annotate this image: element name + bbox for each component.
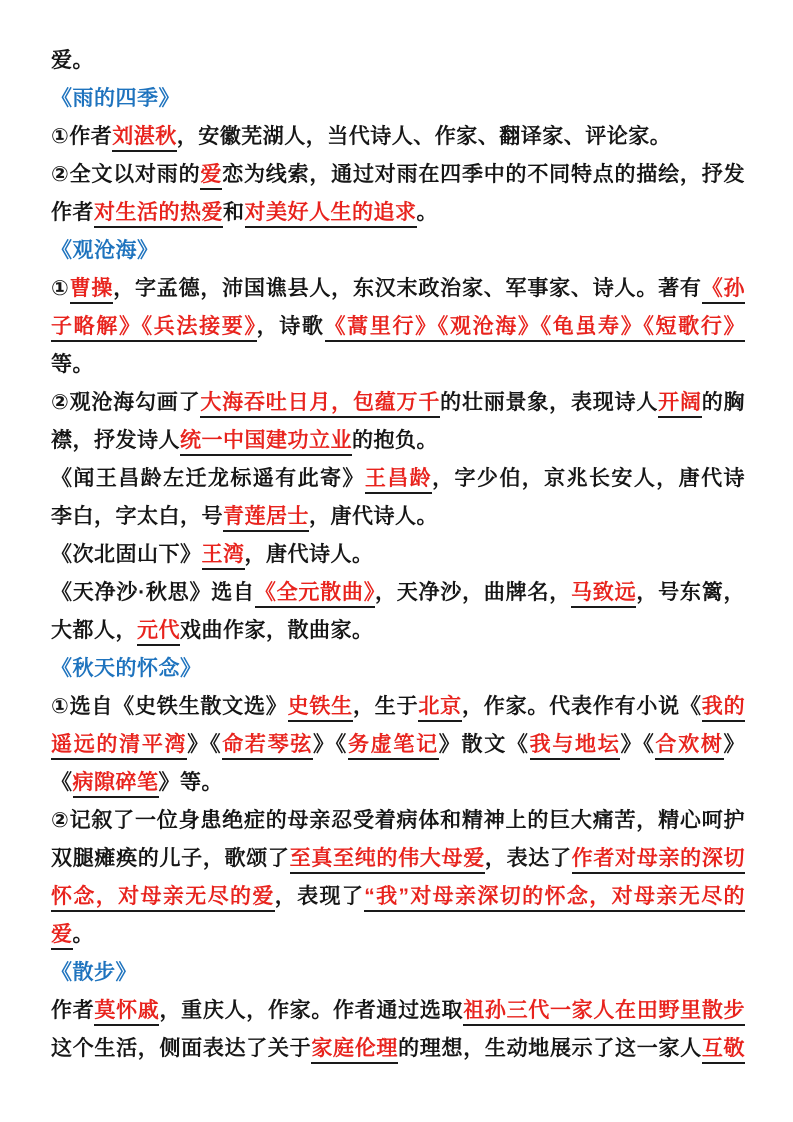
document-page: 爱。《雨的四季》①作者刘湛秋，安徽芜湖人，当代诗人、作家、翻译家、评论家。②全文… [0, 0, 793, 1122]
highlight-run: 至真至纯的伟大母爱 [290, 847, 485, 874]
text-line: 子略解》《兵法接要》，诗歌《蒿里行》《观沧海》《龟虽寿》《短歌行》 [51, 308, 745, 346]
highlight-run: “我”对母亲深切的怀念，对母亲无尽的 [364, 885, 745, 912]
text-run: ① [51, 277, 70, 300]
highlight-run: 命若琴弦 [222, 733, 313, 760]
highlight-run: 开阔 [658, 391, 702, 418]
text-run: 襟，抒发诗人 [51, 429, 180, 452]
text-run: 的抱负。 [352, 429, 438, 452]
text-line: ①曹操，字孟德，沛国谯县人，东汉末政治家、军事家、诗人。著有《孙 [51, 270, 745, 308]
highlight-run: 青莲居士 [223, 505, 309, 532]
text-run: 和 [223, 201, 245, 224]
text-run: 《天净沙·秋思》选自 [51, 581, 255, 604]
highlight-run: 北京 [418, 695, 462, 722]
text-run: 大都人， [51, 619, 137, 642]
highlight-run: 遥远的清平湾 [51, 733, 187, 760]
highlight-run: 爱 [51, 923, 73, 950]
heading-text: 《散步》 [51, 961, 137, 984]
text-run: ，表达了 [485, 847, 572, 870]
text-line: ①选自《史铁生散文选》史铁生，生于北京，作家。代表作有小说《我的 [51, 688, 745, 726]
text-run: 的胸 [702, 391, 745, 414]
document-content: 爱。《雨的四季》①作者刘湛秋，安徽芜湖人，当代诗人、作家、翻译家、评论家。②全文… [51, 42, 745, 1068]
highlight-run: 务虚笔记 [348, 733, 439, 760]
highlight-run: 刘湛秋 [112, 125, 177, 152]
text-line: 爱。 [51, 42, 745, 80]
highlight-run: 马致远 [571, 581, 636, 608]
text-run: 《次北固山下》 [51, 543, 202, 566]
text-run: ，天净沙，曲牌名， [375, 581, 571, 604]
highlight-run: 《孙 [702, 277, 745, 304]
highlight-run: 史铁生 [288, 695, 353, 722]
text-run: ，唐代诗人。 [245, 543, 374, 566]
highlight-run: 子略解》《兵法接要》 [51, 315, 257, 342]
text-run: 等。 [51, 353, 94, 376]
text-run: 李白，字太白，号 [51, 505, 223, 528]
text-run: ，号东篱， [636, 581, 745, 604]
highlight-run: 我的 [702, 695, 745, 722]
text-line: 襟，抒发诗人统一中国建功立业的抱负。 [51, 422, 745, 460]
text-run: 》《 [620, 733, 655, 756]
text-line: 这个生活，侧面表达了关于家庭伦理的理想，生动地展示了这一家人互敬 [51, 1030, 745, 1068]
section-heading: 《秋天的怀念》 [51, 650, 745, 688]
highlight-run: 爱 [200, 163, 222, 190]
text-line: 《闻王昌龄左迁龙标遥有此寄》王昌龄，字少伯，京兆长安人，唐代诗人。 [51, 460, 745, 498]
text-run: ，安徽芜湖人，当代诗人、作家、翻译家、评论家。 [177, 125, 672, 148]
highlight-run: 祖孙三代一家人在田野里散步 [463, 999, 745, 1026]
text-run: 《 [51, 771, 73, 794]
text-run: 恋为线索，通过对雨在四季中的不同特点的描绘，抒发 [222, 163, 745, 186]
text-run: ，字孟德，沛国谯县人，东汉末政治家、军事家、诗人。著有 [113, 277, 702, 300]
text-line: 等。 [51, 346, 745, 384]
text-line: 《病隙碎笔》等。 [51, 764, 745, 802]
text-run: ②全文以对雨的 [51, 163, 200, 186]
text-line: 双腿瘫痪的儿子，歌颂了至真至纯的伟大母爱，表达了作者对母亲的深切 [51, 840, 745, 878]
text-run: 。 [417, 201, 439, 224]
text-run: 。 [73, 923, 95, 946]
text-run: ②观沧海勾画了 [51, 391, 200, 414]
highlight-run: 互敬 [702, 1037, 745, 1064]
text-run: ①作者 [51, 125, 112, 148]
text-run: 双腿瘫痪的儿子，歌颂了 [51, 847, 290, 870]
heading-text: 《秋天的怀念》 [51, 657, 202, 680]
highlight-run: 家庭伦理 [311, 1037, 398, 1064]
text-run: 爱。 [51, 49, 94, 72]
text-line: 李白，字太白，号青莲居士，唐代诗人。 [51, 498, 745, 536]
text-line: ②记叙了一位身患绝症的母亲忍受着病体和精神上的巨大痛苦，精心呵护 [51, 802, 745, 840]
highlight-run: 曹操 [70, 277, 114, 304]
text-run: 》等。 [159, 771, 224, 794]
highlight-run: 《全元散曲》 [255, 581, 375, 608]
text-run: 的理想，生动地展示了这一家人 [398, 1037, 702, 1060]
section-heading: 《观沧海》 [51, 232, 745, 270]
highlight-run: 王湾 [202, 543, 245, 570]
text-line: 遥远的清平湾》《命若琴弦》《务虚笔记》散文《我与地坛》《合欢树》 [51, 726, 745, 764]
highlight-run: 病隙碎笔 [73, 771, 159, 798]
highlight-run: 王昌龄 [365, 467, 432, 494]
text-line: 《天净沙·秋思》选自《全元散曲》，天净沙，曲牌名，马致远，号东篱， [51, 574, 745, 612]
highlight-run: 我与地坛 [530, 733, 621, 760]
text-run: ②记叙了一位身患绝症的母亲忍受着病体和精神上的巨大痛苦，精心呵护 [51, 809, 745, 832]
text-line: 《次北固山下》王湾，唐代诗人。 [51, 536, 745, 574]
text-run: 的壮丽景象，表现诗人 [440, 391, 658, 414]
text-line: 作者莫怀戚，重庆人，作家。作者通过选取祖孙三代一家人在田野里散步 [51, 992, 745, 1030]
text-run: 作者 [51, 999, 94, 1022]
highlight-run: 作者对母亲的深切 [572, 847, 745, 874]
text-run: ，唐代诗人。 [309, 505, 438, 528]
highlight-run: 元代 [137, 619, 180, 646]
text-run: ，表现了 [275, 885, 364, 908]
heading-text: 《雨的四季》 [51, 87, 180, 110]
text-line: ②观沧海勾画了大海吞吐日月，包蕴万千的壮丽景象，表现诗人开阔的胸 [51, 384, 745, 422]
text-run: 》 [724, 733, 745, 756]
section-heading: 《雨的四季》 [51, 80, 745, 118]
text-run: 》《 [187, 733, 222, 756]
text-run: 戏曲作家，散曲家。 [180, 619, 374, 642]
text-run: 这个生活，侧面表达了关于 [51, 1037, 311, 1060]
text-run: 》散文《 [439, 733, 530, 756]
highlight-run: 《蒿里行》《观沧海》《龟虽寿》《短歌行》 [325, 315, 745, 342]
highlight-run: 莫怀戚 [94, 999, 159, 1026]
text-line: 大都人，元代戏曲作家，散曲家。 [51, 612, 745, 650]
text-run: ，作家。代表作有小说《 [462, 695, 702, 718]
highlight-run: 统一中国建功立业 [180, 429, 352, 456]
highlight-run: 怀念，对母亲无尽的爱 [51, 885, 275, 912]
text-line: ②全文以对雨的爱恋为线索，通过对雨在四季中的不同特点的描绘，抒发 [51, 156, 745, 194]
text-run: ，诗歌 [257, 315, 325, 338]
text-run: ，生于 [353, 695, 418, 718]
text-run: 作者 [51, 201, 94, 224]
text-line: 怀念，对母亲无尽的爱，表现了“我”对母亲深切的怀念，对母亲无尽的 [51, 878, 745, 916]
text-run: 《闻王昌龄左迁龙标遥有此寄》 [51, 467, 365, 490]
heading-text: 《观沧海》 [51, 239, 159, 262]
text-run: ，重庆人，作家。作者通过选取 [159, 999, 463, 1022]
text-run: ①选自《史铁生散文选》 [51, 695, 288, 718]
highlight-run: 对美好人生的追求 [245, 201, 417, 228]
highlight-run: 对生活的热爱 [94, 201, 223, 228]
text-line: ①作者刘湛秋，安徽芜湖人，当代诗人、作家、翻译家、评论家。 [51, 118, 745, 156]
text-line: 爱。 [51, 916, 745, 954]
highlight-run: 合欢树 [655, 733, 723, 760]
highlight-run: 大海吞吐日月，包蕴万千 [200, 391, 440, 418]
section-heading: 《散步》 [51, 954, 745, 992]
text-run: 》《 [313, 733, 348, 756]
text-line: 作者对生活的热爱和对美好人生的追求。 [51, 194, 745, 232]
